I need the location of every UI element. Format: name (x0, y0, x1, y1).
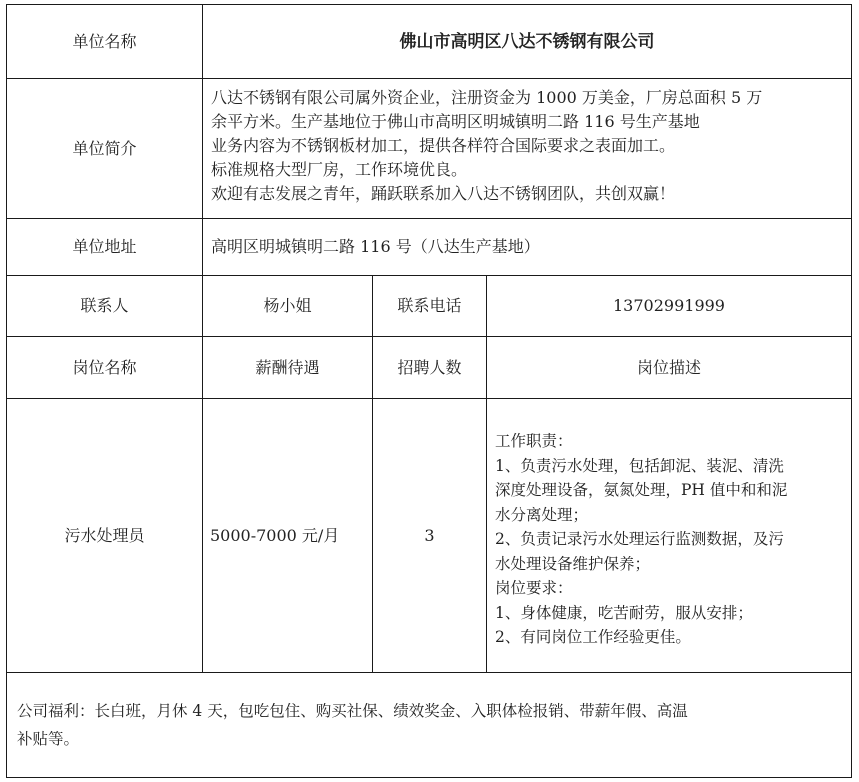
header-job-title: 岗位名称 (6, 336, 203, 399)
job-count: 3 (424, 524, 434, 548)
contact-phone-label: 联系电话 (397, 294, 461, 318)
intro-line: 标准规格大型厂房，工作环境优良。 (211, 158, 845, 182)
intro-line: 八达不锈钢有限公司属外资企业，注册资金为 1000 万美金，厂房总面积 5 万 (211, 86, 845, 110)
company-address-label: 单位地址 (72, 235, 136, 259)
header-description: 岗位描述 (486, 336, 852, 399)
company-address-label-cell: 单位地址 (6, 218, 203, 276)
company-name-label-cell: 单位名称 (6, 4, 203, 79)
benefits-cell: 公司福利：长白班，月休 4 天，包吃包住、购买社保、绩效奖金、入职体检报销、带薪… (6, 672, 852, 778)
description-line: 水分离处理； (495, 503, 845, 528)
company-intro-cell: 八达不锈钢有限公司属外资企业，注册资金为 1000 万美金，厂房总面积 5 万 … (202, 78, 852, 219)
job-salary: 5000-7000 元/月 (210, 524, 339, 548)
header-job-title-text: 岗位名称 (72, 356, 136, 380)
company-name: 佛山市高明区八达不锈钢有限公司 (400, 30, 655, 54)
header-headcount: 招聘人数 (372, 336, 487, 399)
contact-phone-cell: 13702991999 (486, 275, 852, 337)
description-line: 1、身体健康，吃苦耐劳，服从安排； (495, 601, 845, 626)
company-intro-label: 单位简介 (72, 137, 136, 161)
job-count-cell: 3 (372, 398, 487, 673)
description-line: 1、负责污水处理，包括卸泥、装泥、清洗 (495, 454, 845, 479)
description-line: 2、有同岗位工作经验更佳。 (495, 625, 845, 650)
recruitment-table: 单位名称 佛山市高明区八达不锈钢有限公司 单位简介 八达不锈钢有限公司属外资企业… (6, 4, 852, 778)
header-salary-text: 薪酬待遇 (255, 356, 319, 380)
job-description-cell: 工作职责： 1、负责污水处理，包括卸泥、装泥、清洗 深度处理设备，氨氮处理，PH… (486, 398, 852, 673)
intro-line: 欢迎有志发展之青年，踊跃联系加入八达不锈钢团队，共创双赢！ (211, 182, 845, 206)
company-name-cell: 佛山市高明区八达不锈钢有限公司 (202, 4, 852, 79)
intro-line: 余平方米。生产基地位于佛山市高明区明城镇明二路 116 号生产基地 (211, 110, 845, 134)
contact-phone-label-cell: 联系电话 (372, 275, 487, 337)
contact-phone[interactable]: 13702991999 (613, 294, 725, 318)
description-line: 2、负责记录污水处理运行监测数据，及污 (495, 527, 845, 552)
description-line: 工作职责： (495, 429, 845, 454)
contact-person-cell: 杨小姐 (202, 275, 373, 337)
company-intro-label-cell: 单位简介 (6, 78, 203, 219)
header-salary: 薪酬待遇 (202, 336, 373, 399)
description-line: 岗位要求： (495, 576, 845, 601)
benefits-line: 公司福利：长白班，月休 4 天，包吃包住、购买社保、绩效奖金、入职体检报销、带薪… (17, 697, 839, 725)
header-description-text: 岗位描述 (637, 356, 701, 380)
benefits-line: 补贴等。 (17, 725, 839, 753)
intro-line: 业务内容为不锈钢板材加工，提供各样符合国际要求之表面加工。 (211, 134, 845, 158)
company-address: 高明区明城镇明二路 116 号（八达生产基地） (211, 235, 540, 259)
contact-person-label-cell: 联系人 (6, 275, 203, 337)
contact-person-label: 联系人 (80, 294, 128, 318)
header-headcount-text: 招聘人数 (397, 356, 461, 380)
contact-person: 杨小姐 (263, 294, 311, 318)
job-salary-cell: 5000-7000 元/月 (202, 398, 373, 673)
job-title-cell: 污水处理员 (6, 398, 203, 673)
job-title: 污水处理员 (64, 524, 144, 548)
company-address-cell: 高明区明城镇明二路 116 号（八达生产基地） (202, 218, 852, 276)
description-line: 深度处理设备，氨氮处理，PH 值中和和泥 (495, 478, 845, 503)
company-name-label: 单位名称 (72, 30, 136, 54)
description-line: 水处理设备维护保养； (495, 552, 845, 577)
